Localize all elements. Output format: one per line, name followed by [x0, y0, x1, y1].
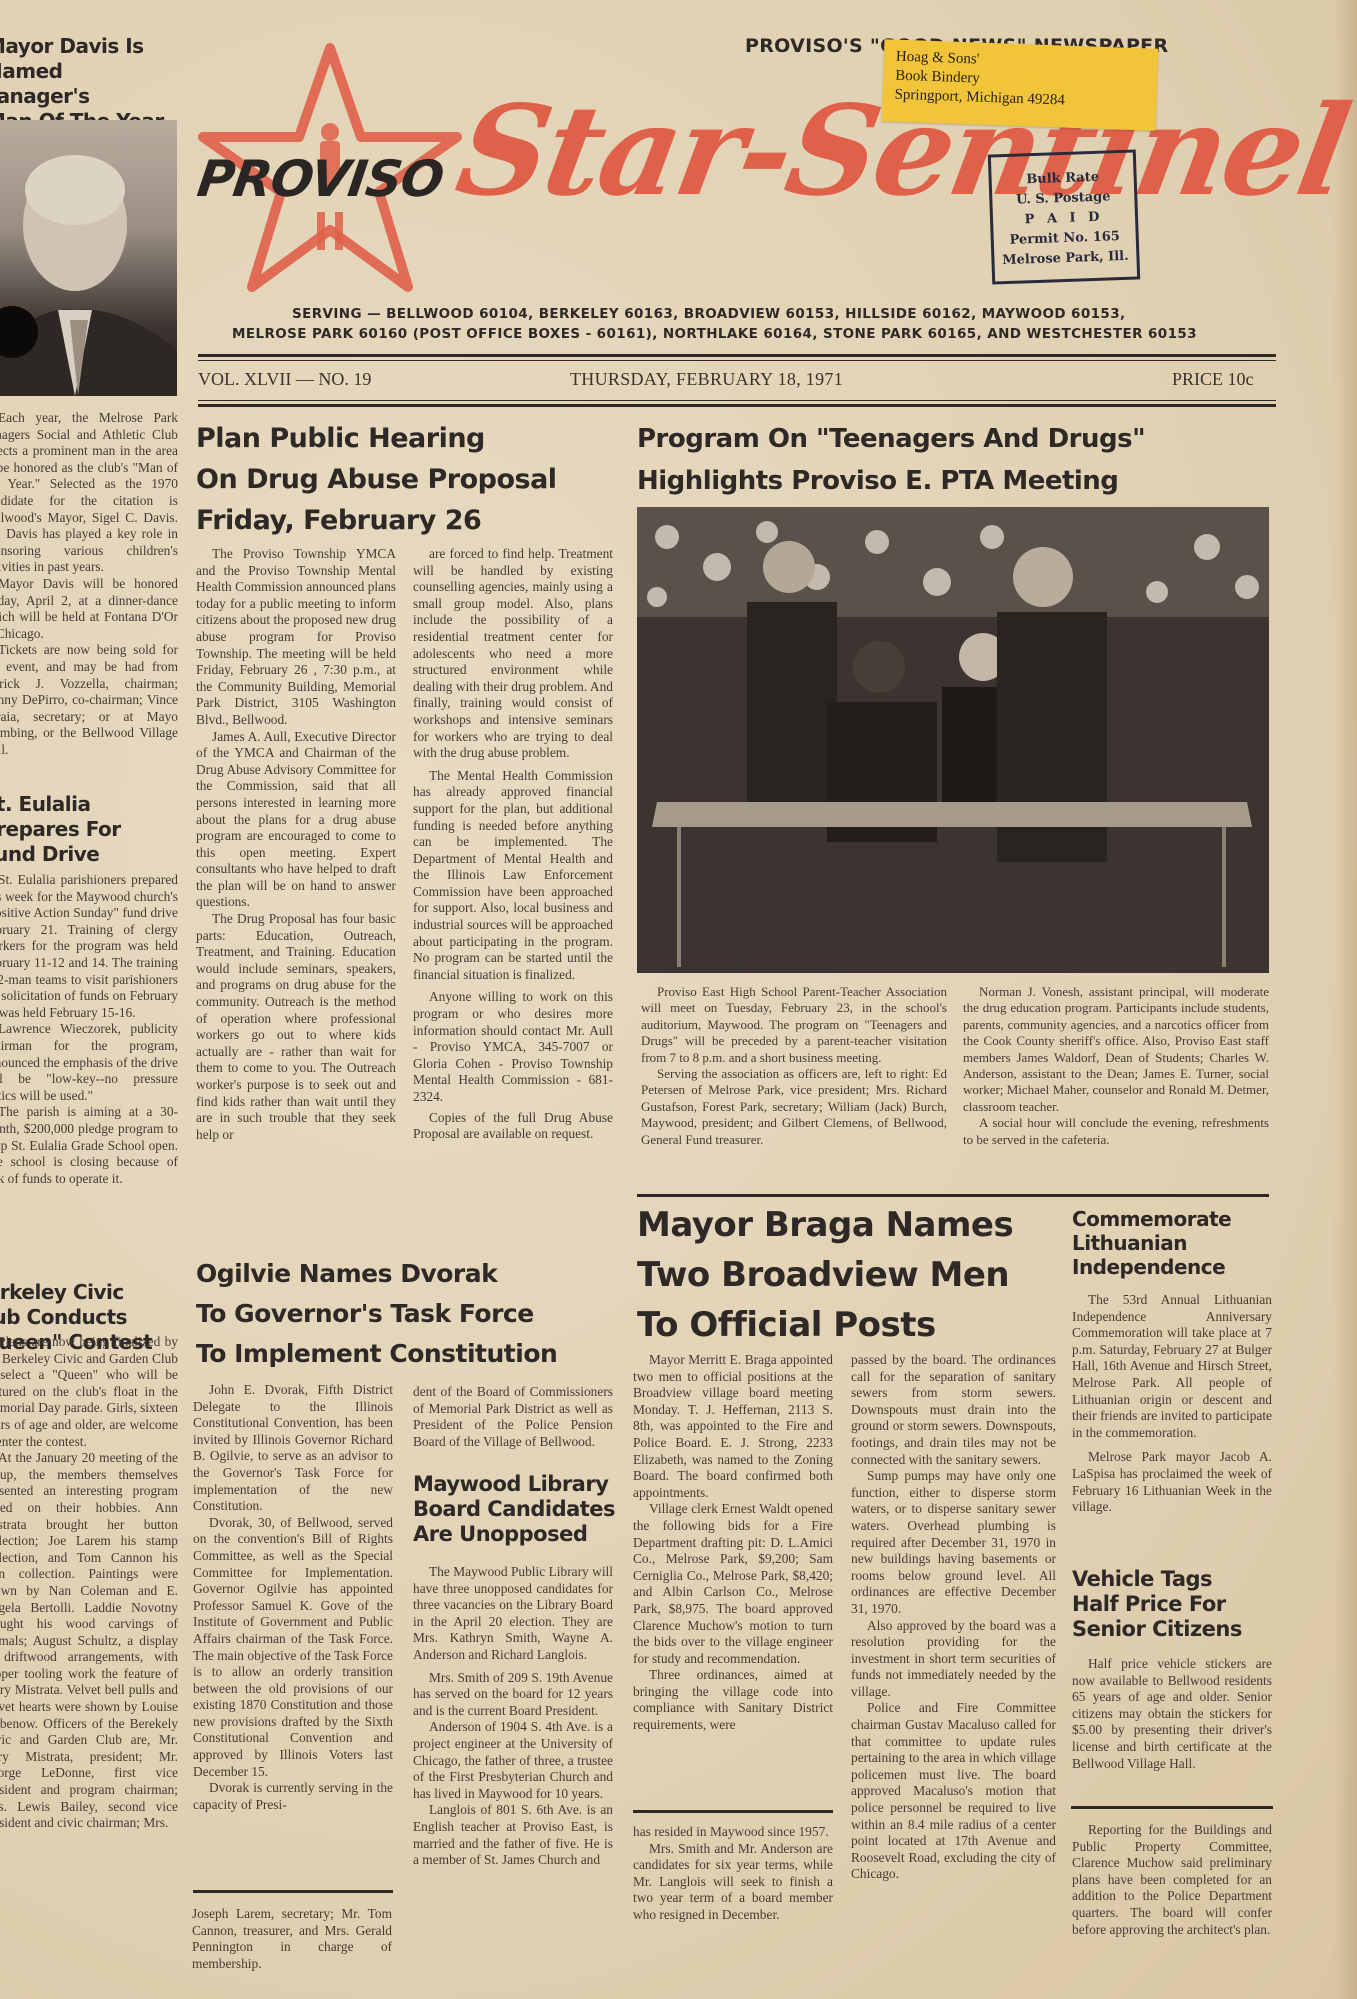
issue-date: THURSDAY, FEBRUARY 18, 1971 — [570, 369, 843, 390]
dvorak-col-1: John E. Dvorak, Fifth District Delegate … — [193, 1382, 393, 1813]
berkeley-article-body: Plans are now being finalized by the Ber… — [0, 1334, 178, 1832]
eulalia-article-body: St. Eulalia parishioners prepared this w… — [0, 872, 178, 1187]
lithuanian-body: The 53rd Annual Lithuanian Independence … — [1072, 1292, 1272, 1516]
berkeley-continued: Joseph Larem, secretary; Mr. Tom Cannon,… — [192, 1906, 392, 1972]
masthead-rule-top — [198, 354, 1276, 357]
vehicle-body: Half price vehicle stickers are now avai… — [1072, 1656, 1272, 1772]
mayor-davis-photo — [0, 120, 177, 396]
braga-headline: Mayor Braga Names Two Broadview Men To O… — [637, 1200, 1013, 1350]
hearing-col-1: The Proviso Township YMCA and the Provis… — [196, 546, 396, 1143]
library-headline: Maywood Library Board Candidates Are Uno… — [413, 1472, 615, 1547]
braga-col-1: Mayor Merritt E. Braga appointed two men… — [633, 1352, 833, 1734]
hearing-col-2: are forced to find help. Treatment will … — [413, 546, 613, 1143]
davis-article-body: Each year, the Melrose Park Tanagers Soc… — [0, 410, 178, 758]
dvorak-headline: Ogilvie Names Dvorak To Governor's Task … — [196, 1254, 557, 1374]
vehicle-headline: Vehicle Tags Half Price For Senior Citiz… — [1072, 1567, 1242, 1642]
buildings-committee-body: Reporting for the Buildings and Public P… — [1072, 1822, 1272, 1938]
serving-line-1: SERVING — BELLWOOD 60104, BERKELEY 60163… — [292, 306, 1126, 322]
braga-separator — [633, 1810, 833, 1813]
dvorak-separator — [193, 1890, 393, 1893]
pta-col-2: Norman J. Vonesh, assistant principal, w… — [963, 984, 1269, 1148]
pta-officers-photo — [637, 507, 1269, 973]
pta-col-1: Proviso East High School Parent-Teacher … — [641, 984, 947, 1148]
masthead-rule-bottom — [198, 404, 1276, 407]
masthead-rule-bottom-thin — [198, 400, 1276, 401]
issue-price: PRICE 10c — [1172, 369, 1254, 390]
braga-col-2: passed by the board. The ordinances call… — [851, 1352, 1056, 1883]
library-body: The Maywood Public Library will have thr… — [413, 1564, 613, 1869]
eulalia-headline: St. Eulalia Prepares For Fund Drive — [0, 792, 182, 867]
proviso-logo-word: PROVISO — [194, 150, 447, 208]
davis-headline: Mayor Davis Is Named Tanager's Man Of Th… — [0, 34, 171, 134]
portrait-illustration — [0, 120, 177, 396]
pta-separator — [637, 1194, 1269, 1197]
bindery-label: Hoag & Sons' Book Bindery Springport, Mi… — [882, 39, 1159, 131]
pta-photo-illustration — [637, 507, 1269, 973]
lithuanian-headline: Commemorate Lithuanian Independence — [1072, 1207, 1231, 1279]
dvorak-col-2: dent of the Board of Commissioners of Me… — [413, 1384, 613, 1450]
serving-line-2: MELROSE PARK 60160 (POST OFFICE BOXES - … — [232, 326, 1197, 342]
hearing-headline: Plan Public Hearing On Drug Abuse Propos… — [196, 418, 557, 541]
volume-number: VOL. XLVII — NO. 19 — [198, 369, 371, 390]
postage-stamp: Bulk Rate U. S. Postage P A I D Permit N… — [988, 149, 1140, 284]
masthead-rule-top-thin — [198, 360, 1276, 361]
library-continued: has resided in Maywood since 1957. Mrs. … — [633, 1824, 833, 1924]
vehicle-separator — [1071, 1806, 1273, 1809]
page-edge-shadow — [1333, 0, 1357, 1999]
pta-headline: Program On "Teenagers And Drugs" Highlig… — [637, 418, 1145, 502]
